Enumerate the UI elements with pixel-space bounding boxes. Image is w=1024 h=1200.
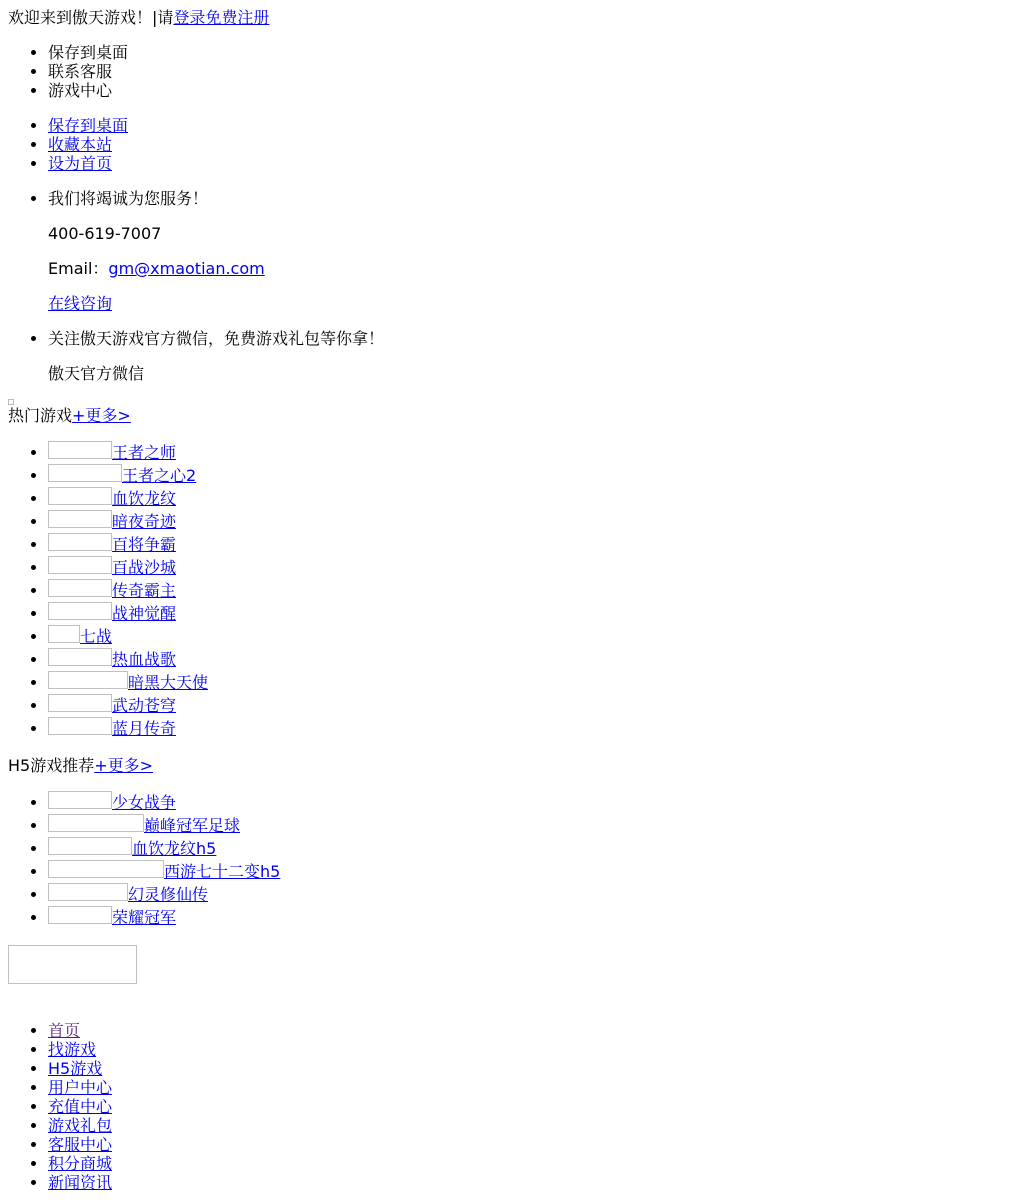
h5-game-thumbnail[interactable] [48,860,164,878]
game-thumbnail[interactable] [48,602,112,620]
h5-game-link[interactable]: 少女战争 [48,793,176,812]
h5-game-name[interactable]: 西游七十二变h5 [164,862,280,881]
hot-games-header: 热门游戏+更多> [8,406,1016,425]
quick-links: 保存到桌面 收藏本站 设为首页 [8,116,1016,173]
h5-game-item: 幻灵修仙传 [48,883,1016,906]
game-item: 百将争霸 [48,533,1016,556]
game-name[interactable]: 热血战歌 [112,650,176,669]
h5-game-link[interactable]: 西游七十二变h5 [48,862,280,881]
game-item: 传奇霸主 [48,579,1016,602]
h5-game-thumbnail[interactable] [48,814,144,832]
h5-game-link[interactable]: 荣耀冠军 [48,908,176,927]
h5-games-title: H5游戏推荐 [8,756,94,775]
nav-game-gifts[interactable]: 游戏礼包 [48,1116,112,1135]
save-to-desktop-link[interactable]: 保存到桌面 [48,116,128,135]
game-thumbnail[interactable] [48,533,112,551]
h5-games-list: 少女战争 巅峰冠军足球 血饮龙纹h5 西游七十二变h5 幻灵修仙传 荣耀冠军 [8,791,1016,929]
game-name[interactable]: 百将争霸 [112,535,176,554]
game-thumbnail[interactable] [48,464,122,482]
game-item: 战神觉醒 [48,602,1016,625]
game-thumbnail[interactable] [48,648,112,666]
hot-games-title: 热门游戏 [8,406,72,425]
game-thumbnail[interactable] [48,556,112,574]
game-item: 王者之心2 [48,464,1016,487]
nav-find-games[interactable]: 找游戏 [48,1040,96,1059]
game-thumbnail[interactable] [48,671,128,689]
login-register-link[interactable]: 登录免费注册 [173,8,269,27]
game-thumbnail[interactable] [48,694,112,712]
game-name[interactable]: 战神觉醒 [112,604,176,623]
h5-games-more-link[interactable]: +更多> [94,756,153,775]
game-thumbnail[interactable] [48,441,112,459]
h5-game-thumbnail[interactable] [48,791,112,809]
game-link[interactable]: 暗黑大天使 [48,673,208,692]
h5-game-item: 巅峰冠军足球 [48,814,1016,837]
game-name[interactable]: 血饮龙纹 [112,489,176,508]
game-link[interactable]: 武动苍穹 [48,696,176,715]
service-email-row: Email：gm@xmaotian.com [48,259,1016,278]
game-item: 热血战歌 [48,648,1016,671]
top-menu: 保存到桌面 联系客服 游戏中心 [8,43,1016,100]
game-link[interactable]: 百将争霸 [48,535,176,554]
game-item: 王者之师 [48,441,1016,464]
set-homepage-link[interactable]: 设为首页 [48,154,112,173]
game-thumbnail[interactable] [48,510,112,528]
logo-image-placeholder[interactable] [8,945,137,984]
nav-recharge-center[interactable]: 充值中心 [48,1097,112,1116]
h5-game-item: 西游七十二变h5 [48,860,1016,883]
nav-customer-service[interactable]: 客服中心 [48,1135,112,1154]
h5-game-link[interactable]: 幻灵修仙传 [48,885,208,904]
nav-user-center[interactable]: 用户中心 [48,1078,112,1097]
wechat-heading: 关注傲天游戏官方微信，免费游戏礼包等你拿！ [48,329,1016,348]
game-link[interactable]: 七战 [48,627,112,646]
game-thumbnail[interactable] [48,717,112,735]
welcome-separator: |请 [152,8,173,27]
hot-games-list: 王者之师 王者之心2 血饮龙纹 暗夜奇迹 百将争霸 百战沙城 传奇霸主 战神觉醒… [8,441,1016,740]
h5-game-item: 血饮龙纹h5 [48,837,1016,860]
h5-game-thumbnail[interactable] [48,906,112,924]
game-link[interactable]: 王者之心2 [48,466,196,485]
game-name[interactable]: 百战沙城 [112,558,176,577]
game-link[interactable]: 战神觉醒 [48,604,176,623]
nav-home[interactable]: 首页 [48,1021,80,1040]
h5-game-link[interactable]: 巅峰冠军足球 [48,816,240,835]
h5-game-name[interactable]: 荣耀冠军 [112,908,176,927]
game-link[interactable]: 王者之师 [48,443,176,462]
game-item: 百战沙城 [48,556,1016,579]
welcome-bar: 欢迎来到傲天游戏！|请登录免费注册 [8,8,1016,27]
email-label: Email： [48,259,108,278]
game-link[interactable]: 蓝月传奇 [48,719,176,738]
game-name[interactable]: 暗黑大天使 [128,673,208,692]
service-phone: 400-619-7007 [48,224,1016,243]
service-heading: 我们将竭诚为您服务！ [48,189,1016,208]
game-thumbnail[interactable] [48,579,112,597]
game-name[interactable]: 武动苍穹 [112,696,176,715]
service-info: 我们将竭诚为您服务！ 400-619-7007 Email：gm@xmaotia… [8,189,1016,383]
h5-game-item: 少女战争 [48,791,1016,814]
game-name[interactable]: 暗夜奇迹 [112,512,176,531]
h5-game-link[interactable]: 血饮龙纹h5 [48,839,216,858]
game-link[interactable]: 血饮龙纹 [48,489,176,508]
h5-game-name[interactable]: 血饮龙纹h5 [132,839,216,858]
nav-news[interactable]: 新闻资讯 [48,1173,112,1192]
h5-game-name[interactable]: 巅峰冠军足球 [144,816,240,835]
game-link[interactable]: 热血战歌 [48,650,176,669]
game-name[interactable]: 传奇霸主 [112,581,176,600]
wechat-name: 傲天官方微信 [48,364,1016,383]
h5-game-thumbnail[interactable] [48,883,128,901]
game-thumbnail[interactable] [48,625,80,643]
online-consult-link[interactable]: 在线咨询 [48,294,112,313]
h5-games-header: H5游戏推荐+更多> [8,756,1016,775]
h5-game-item: 荣耀冠军 [48,906,1016,929]
h5-game-thumbnail[interactable] [48,837,132,855]
email-link[interactable]: gm@xmaotian.com [108,259,264,278]
game-name[interactable]: 王者之心2 [122,466,196,485]
service-wechat: 关注傲天游戏官方微信，免费游戏礼包等你拿！ 傲天官方微信 [48,329,1016,383]
hot-games-more-link[interactable]: +更多> [72,406,131,425]
main-nav: 首页 找游戏 H5游戏 用户中心 充值中心 游戏礼包 客服中心 积分商城 新闻资… [8,1021,1016,1192]
bookmark-site-link[interactable]: 收藏本站 [48,135,112,154]
broken-image-icon [8,399,14,405]
game-item: 七战 [48,625,1016,648]
top-menu-item-save-desktop[interactable]: 保存到桌面 [48,43,1016,62]
top-menu-item-game-center[interactable]: 游戏中心 [48,81,1016,100]
game-item: 蓝月传奇 [48,717,1016,740]
game-item: 血饮龙纹 [48,487,1016,510]
game-item: 武动苍穹 [48,694,1016,717]
game-link[interactable]: 百战沙城 [48,558,176,577]
game-name[interactable]: 王者之师 [112,443,176,462]
welcome-text: 欢迎来到傲天游戏！ [8,8,152,27]
service-contact: 我们将竭诚为您服务！ 400-619-7007 Email：gm@xmaotia… [48,189,1016,313]
game-link[interactable]: 暗夜奇迹 [48,512,176,531]
h5-game-name[interactable]: 幻灵修仙传 [128,885,208,904]
game-thumbnail[interactable] [48,487,112,505]
game-item: 暗黑大天使 [48,671,1016,694]
game-link[interactable]: 传奇霸主 [48,581,176,600]
game-name[interactable]: 蓝月传奇 [112,719,176,738]
top-menu-item-contact-service[interactable]: 联系客服 [48,62,1016,81]
h5-game-name[interactable]: 少女战争 [112,793,176,812]
game-name[interactable]: 七战 [80,627,112,646]
nav-points-mall[interactable]: 积分商城 [48,1154,112,1173]
game-item: 暗夜奇迹 [48,510,1016,533]
nav-h5-games[interactable]: H5游戏 [48,1059,102,1078]
